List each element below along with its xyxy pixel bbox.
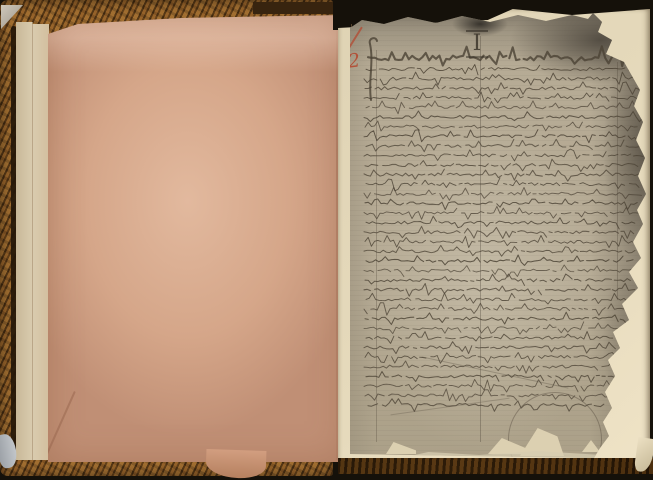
script-line [365,121,637,131]
background-notch [333,0,351,30]
script-line [366,255,633,265]
script-line [364,283,635,296]
script-line [364,322,621,334]
script-line [366,65,641,75]
script-line [366,332,623,344]
script-line [364,265,638,277]
script-line [364,111,643,122]
manuscript-text-svg [350,10,650,460]
script-line [364,245,635,256]
script-line [365,312,627,324]
script-line [364,206,639,219]
display-script-line [368,46,642,66]
manuscript-photo-scene: I 2 [0,0,653,480]
cover-top-edge [253,2,335,14]
script-line [365,82,639,94]
script-line [366,101,639,114]
fold-crease [376,50,377,442]
script-line [366,178,639,191]
script-line [364,169,641,181]
script-line [364,92,640,103]
script-line [364,342,615,354]
script-line [364,149,643,161]
script-line [365,352,619,363]
script-line [364,303,624,316]
script-line [364,226,634,238]
script-line [366,372,615,383]
flyleaf-edge-strip [16,22,33,460]
script-line [365,274,630,285]
script-line [365,159,638,171]
gutter-ridge [336,16,338,460]
folio-numeral: I [466,30,488,58]
fold-crease [480,36,481,442]
cover-bottom-edge [338,458,653,474]
script-line [364,187,642,200]
script-line [366,216,635,229]
script-line [366,139,639,151]
left-blank-page [48,12,345,462]
right-manuscript-page: I 2 [350,10,650,460]
script-line [364,130,641,143]
fold-crease [617,62,618,300]
page-edge-strip [32,24,49,460]
script-line [365,199,637,210]
script-line [366,293,627,304]
